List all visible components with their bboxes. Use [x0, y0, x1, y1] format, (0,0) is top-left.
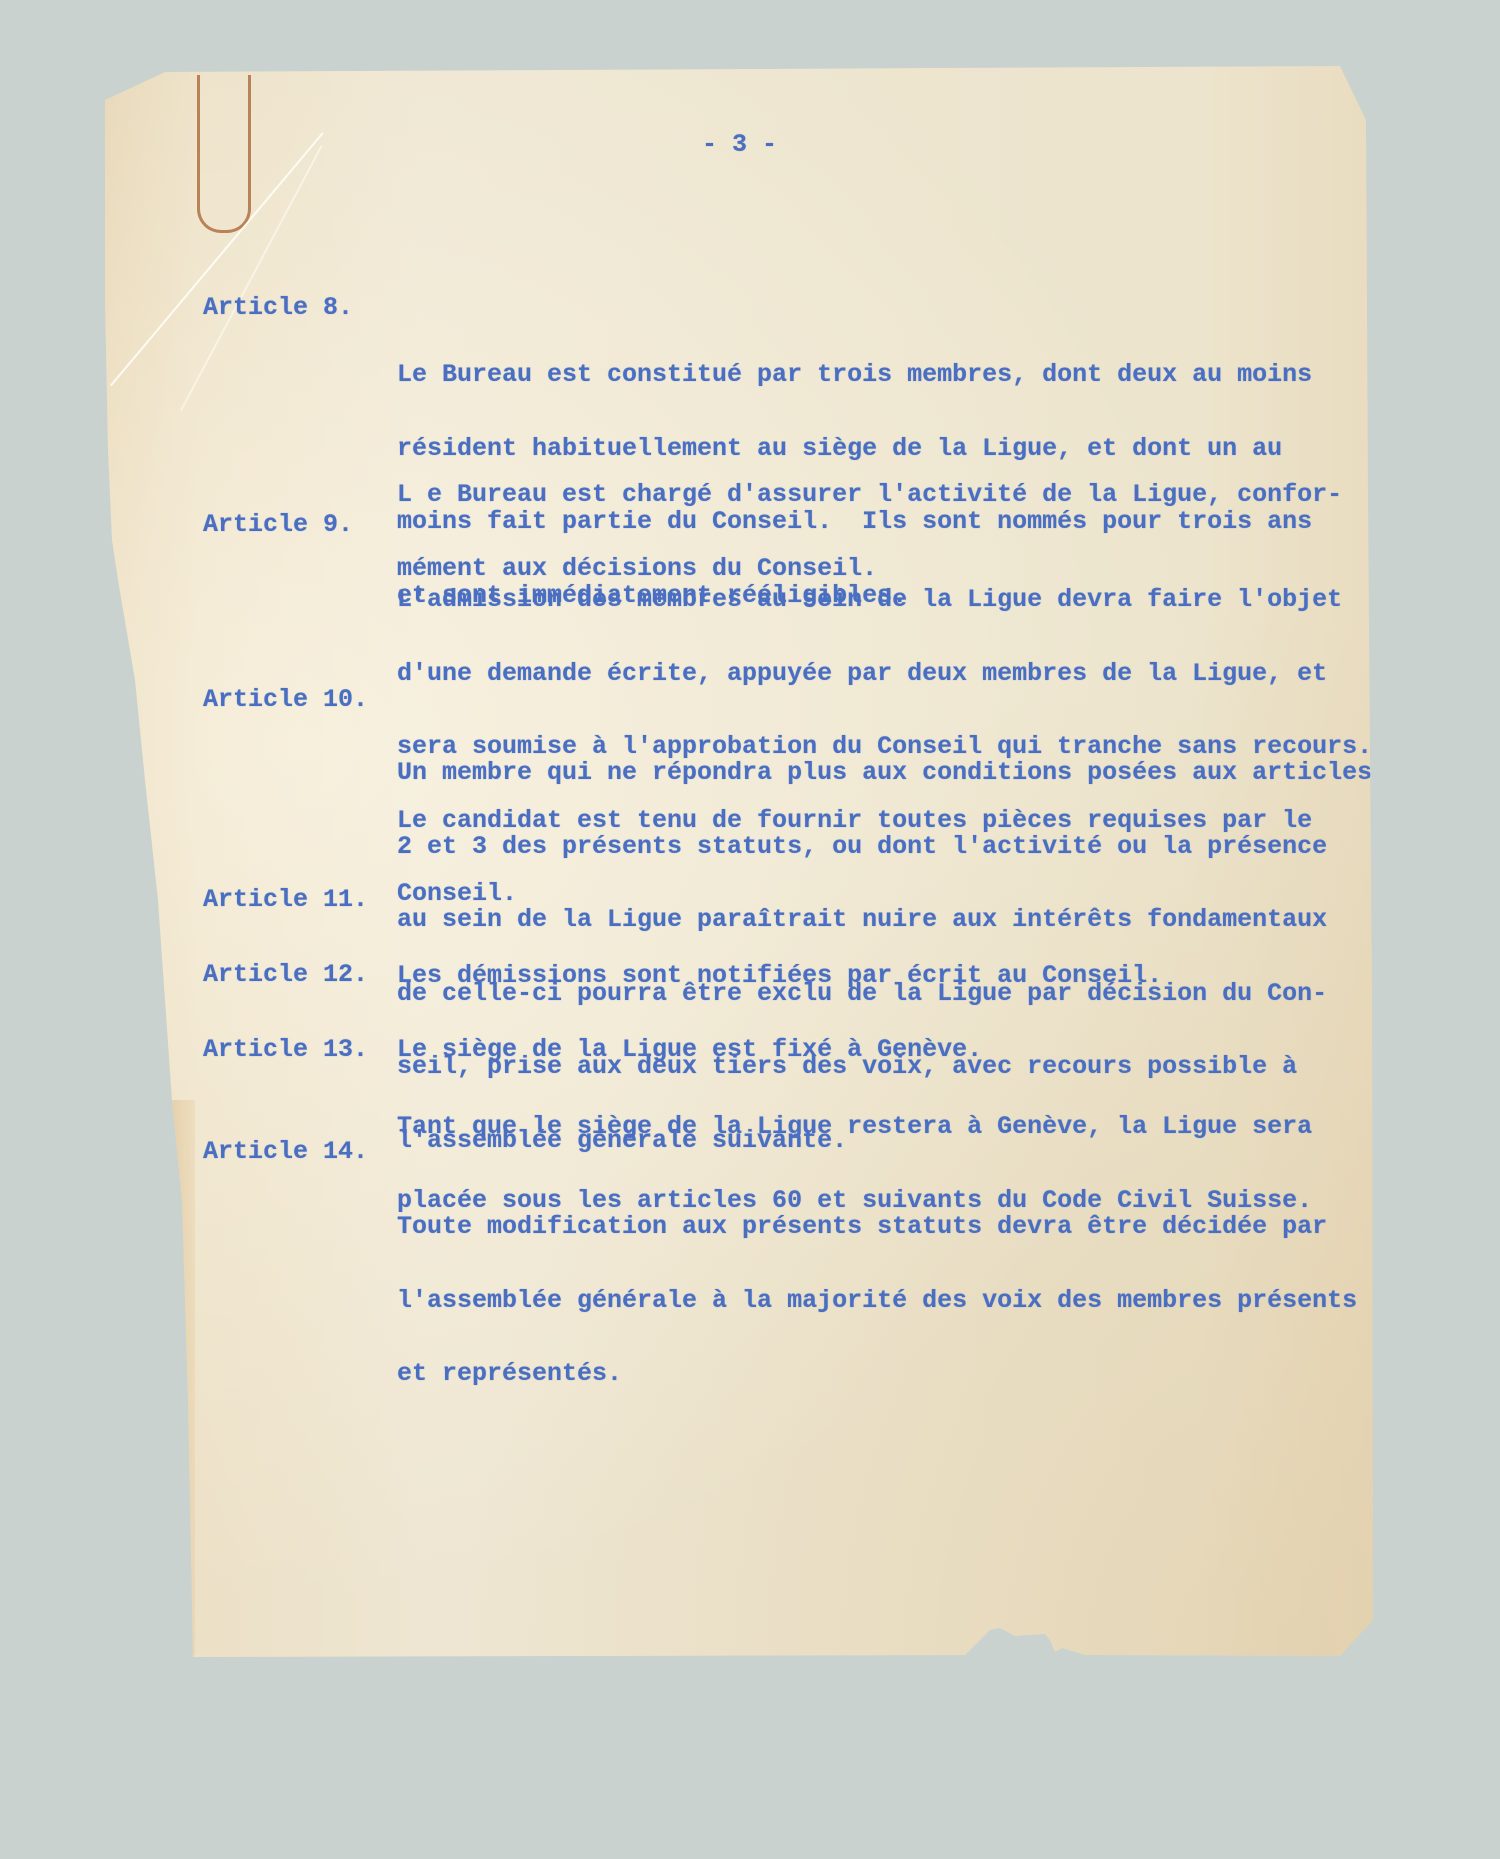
text-line: Le Bureau est constitué par trois membre… — [397, 363, 1312, 388]
article-heading: Article 10. — [203, 688, 368, 713]
text-line: Tant que le siège de la Ligue restera à … — [397, 1115, 1312, 1140]
article-heading: Article 12. — [203, 963, 368, 988]
text-line: L'admission des membres au sein de la Li… — [397, 588, 1372, 613]
page-number: - 3 - — [702, 133, 777, 158]
text-line: d'une demande écrite, appuyée par deux m… — [397, 662, 1372, 687]
rust-stain-clip-mark — [197, 75, 251, 233]
text-line: l'assemblée générale à la majorité des v… — [397, 1289, 1357, 1314]
text-line: L e Bureau est chargé d'assurer l'activi… — [397, 483, 1342, 508]
article-body: Toute modification aux présents statuts … — [397, 1166, 1357, 1436]
article-heading: Article 9. — [203, 513, 353, 538]
article-heading: Article 11. — [203, 888, 368, 913]
text-line: Un membre qui ne répondra plus aux condi… — [397, 761, 1372, 786]
article-heading: Article 13. — [203, 1038, 368, 1063]
edge-discoloration — [150, 1100, 195, 1655]
text-line: Les démissions sont notifiées par écrit … — [397, 964, 1162, 989]
text-line: Le siège de la Ligue est fixé à Genève. — [397, 1038, 982, 1063]
article-heading: Article 8. — [203, 296, 353, 321]
typed-document-page: - 3 - Article 8. Le Bureau est constitué… — [0, 0, 1500, 1859]
text-line: et représentés. — [397, 1362, 1357, 1387]
text-line: Toute modification aux présents statuts … — [397, 1215, 1357, 1240]
article-heading: Article 14. — [203, 1140, 368, 1165]
text-line: 2 et 3 des présents statuts, ou dont l'a… — [397, 835, 1372, 860]
